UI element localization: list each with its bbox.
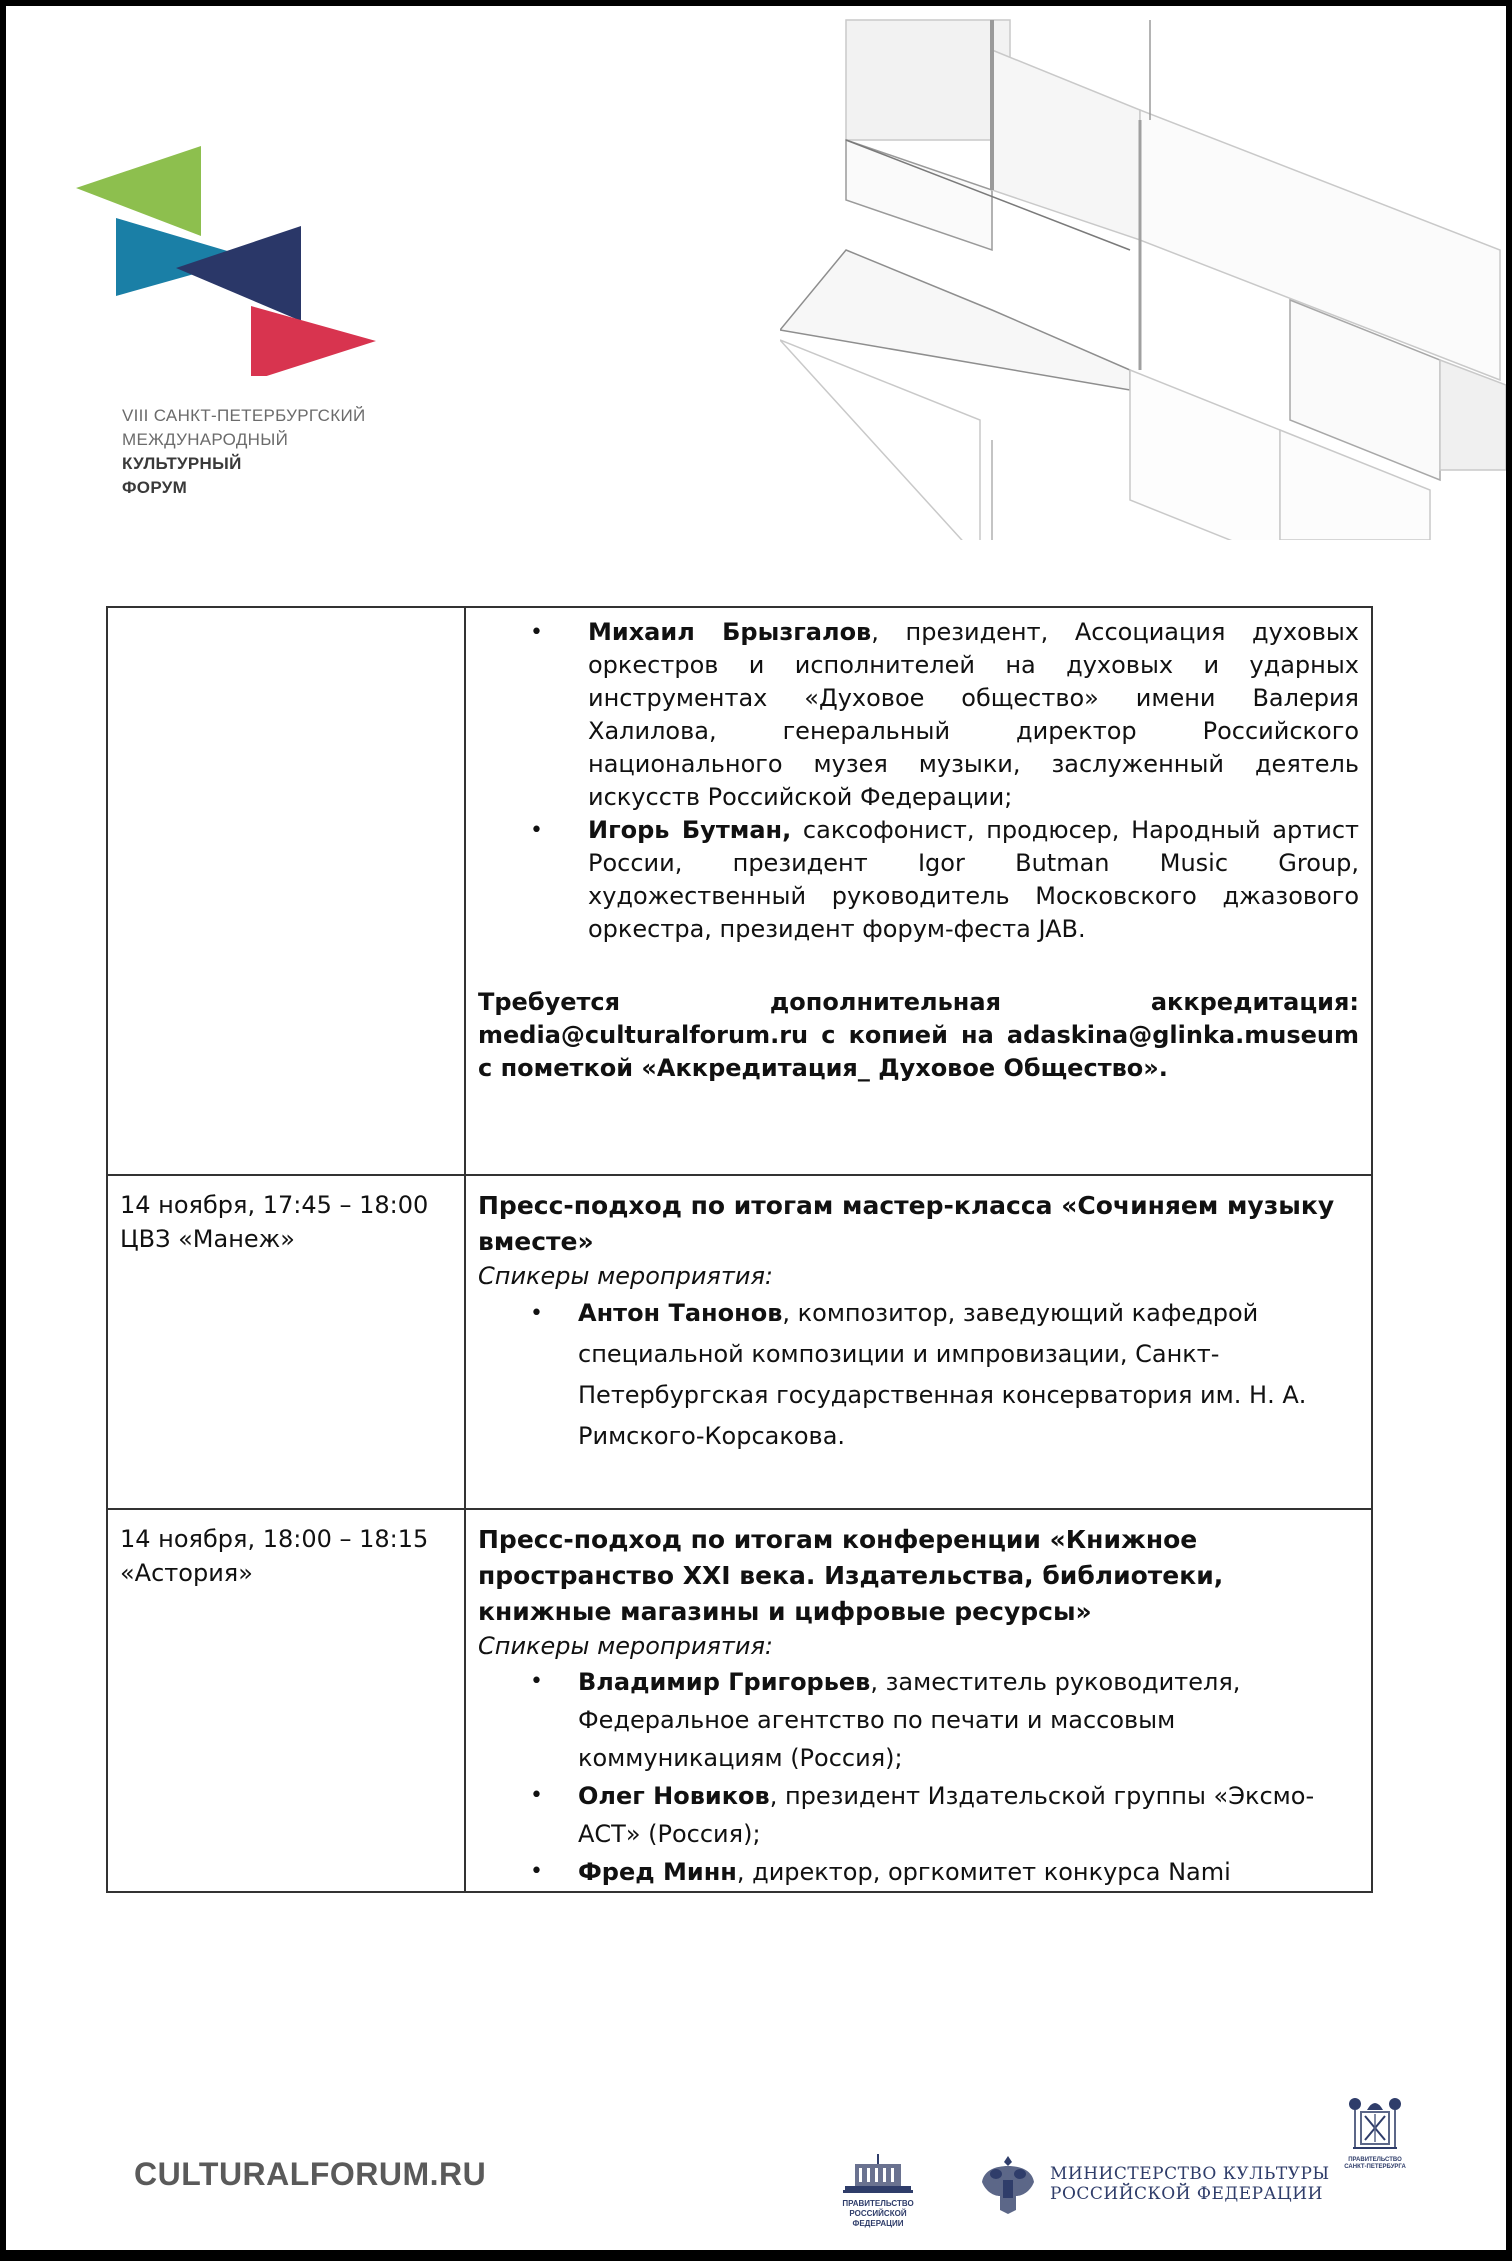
speakers-label: Спикеры мероприятия: (478, 1630, 1357, 1663)
logo-line: ФОРУМ (122, 476, 365, 500)
list-item: •Владимир Григорьев, заместитель руковод… (478, 1663, 1357, 1777)
list-item: •Антон Танонов, композитор, заведующий к… (478, 1293, 1357, 1457)
speaker-name: Игорь Бутман, (588, 816, 791, 844)
website-link[interactable]: CULTURALFORUM.RU (134, 2156, 486, 2193)
event-time: 14 ноября, 17:45 – 18:00 (120, 1188, 450, 1222)
list-item: •Игорь Бутман, саксофонист, продюсер, На… (478, 814, 1359, 946)
gov-label-line: ПРАВИТЕЛЬСТВО (838, 2199, 918, 2209)
speaker-name: Владимир Григорьев (578, 1668, 870, 1696)
speakers-list: •Антон Танонов, композитор, заведующий к… (478, 1293, 1357, 1457)
table-row: 14 ноября, 17:45 – 18:00 ЦВЗ «Манеж» Пре… (107, 1175, 1372, 1509)
russian-government-logo: ПРАВИТЕЛЬСТВО РОССИЙСКОЙ ФЕДЕРАЦИИ (838, 2152, 918, 2229)
logo-line: МЕЖДУНАРОДНЫЙ (122, 428, 365, 452)
bullet-icon: • (530, 1293, 543, 1334)
list-item: •Фред Минн, директор, оргкомитет конкурс… (478, 1853, 1357, 1891)
time-place-cell: 14 ноября, 17:45 – 18:00 ЦВЗ «Манеж» (107, 1175, 465, 1509)
spb-label-line: САНКТ-ПЕТЕРБУРГА (1344, 2164, 1406, 2171)
speaker-name: Олег Новиков (578, 1782, 770, 1810)
forum-logo-icon (76, 146, 396, 376)
bullet-icon: • (530, 1777, 543, 1815)
document-page: VIII САНКТ-ПЕТЕРБУРГСКИЙ МЕЖДУНАРОДНЫЙ К… (6, 6, 1506, 2250)
list-item: •Олег Новиков, президент Издательской гр… (478, 1777, 1357, 1853)
table-row: •Михаил Брызгалов, президент, Ассоциация… (107, 607, 1372, 1175)
event-cell: •Михаил Брызгалов, президент, Ассоциация… (465, 607, 1372, 1175)
event-cell: Пресс-подход по итогам конференции «Книж… (465, 1509, 1372, 1892)
time-place-cell: 14 ноября, 18:00 – 18:15 «Астория» (107, 1509, 465, 1892)
speakers-label: Спикеры мероприятия: (478, 1260, 1357, 1293)
speakers-list: •Михаил Брызгалов, президент, Ассоциация… (478, 616, 1359, 946)
double-headed-eagle-icon (978, 2152, 1038, 2216)
speaker-desc: , президент, Ассоциация духовых оркестро… (588, 618, 1359, 811)
decorative-cubes-graphic (780, 6, 1506, 540)
ministry-of-culture-logo: МИНИСТЕРСТВО КУЛЬТУРЫ РОССИЙСКОЙ ФЕДЕРАЦ… (978, 2152, 1330, 2216)
gov-label-line: ФЕДЕРАЦИИ (838, 2219, 918, 2229)
speaker-name: Антон Танонов (578, 1299, 782, 1327)
event-venue: ЦВЗ «Манеж» (120, 1222, 450, 1256)
spb-government-logo: ПРАВИТЕЛЬСТВО САНКТ-ПЕТЕРБУРГА (1344, 2096, 1406, 2171)
table-row: 14 ноября, 18:00 – 18:15 «Астория» Пресс… (107, 1509, 1372, 1892)
bullet-icon: • (530, 616, 543, 649)
speaker-desc: , директор, оргкомитет конкурса Nami (737, 1858, 1231, 1886)
logo-line: VIII САНКТ-ПЕТЕРБУРГСКИЙ (122, 404, 365, 428)
list-item: •Михаил Брызгалов, президент, Ассоциация… (478, 616, 1359, 814)
ministry-label-line: РОССИЙСКОЙ ФЕДЕРАЦИИ (1050, 2184, 1330, 2204)
accreditation-note: Требуется дополнительная аккредитация: m… (478, 986, 1359, 1145)
event-time: 14 ноября, 18:00 – 18:15 (120, 1522, 450, 1556)
event-title: Пресс-подход по итогам конференции «Книж… (478, 1522, 1357, 1630)
forum-logo-text: VIII САНКТ-ПЕТЕРБУРГСКИЙ МЕЖДУНАРОДНЫЙ К… (122, 404, 365, 500)
spb-coat-of-arms-icon (1347, 2096, 1403, 2154)
bullet-icon: • (530, 814, 543, 847)
time-place-cell (107, 607, 465, 1175)
event-venue: «Астория» (120, 1556, 450, 1590)
spb-label-line: ПРАВИТЕЛЬСТВО (1344, 2157, 1406, 2164)
gov-label-line: РОССИЙСКОЙ (838, 2209, 918, 2219)
government-building-icon (843, 2152, 913, 2196)
bullet-icon: • (530, 1853, 543, 1891)
speaker-name: Михаил Брызгалов (588, 618, 871, 646)
logo-line: КУЛЬТУРНЫЙ (122, 452, 365, 476)
event-cell: Пресс-подход по итогам мастер-класса «Со… (465, 1175, 1372, 1509)
press-schedule-table: •Михаил Брызгалов, президент, Ассоциация… (106, 606, 1373, 1893)
event-title: Пресс-подход по итогам мастер-класса «Со… (478, 1188, 1357, 1260)
speakers-list: •Владимир Григорьев, заместитель руковод… (478, 1663, 1357, 1891)
ministry-label-line: МИНИСТЕРСТВО КУЛЬТУРЫ (1050, 2164, 1330, 2184)
speaker-name: Фред Минн (578, 1858, 737, 1886)
bullet-icon: • (530, 1663, 543, 1701)
